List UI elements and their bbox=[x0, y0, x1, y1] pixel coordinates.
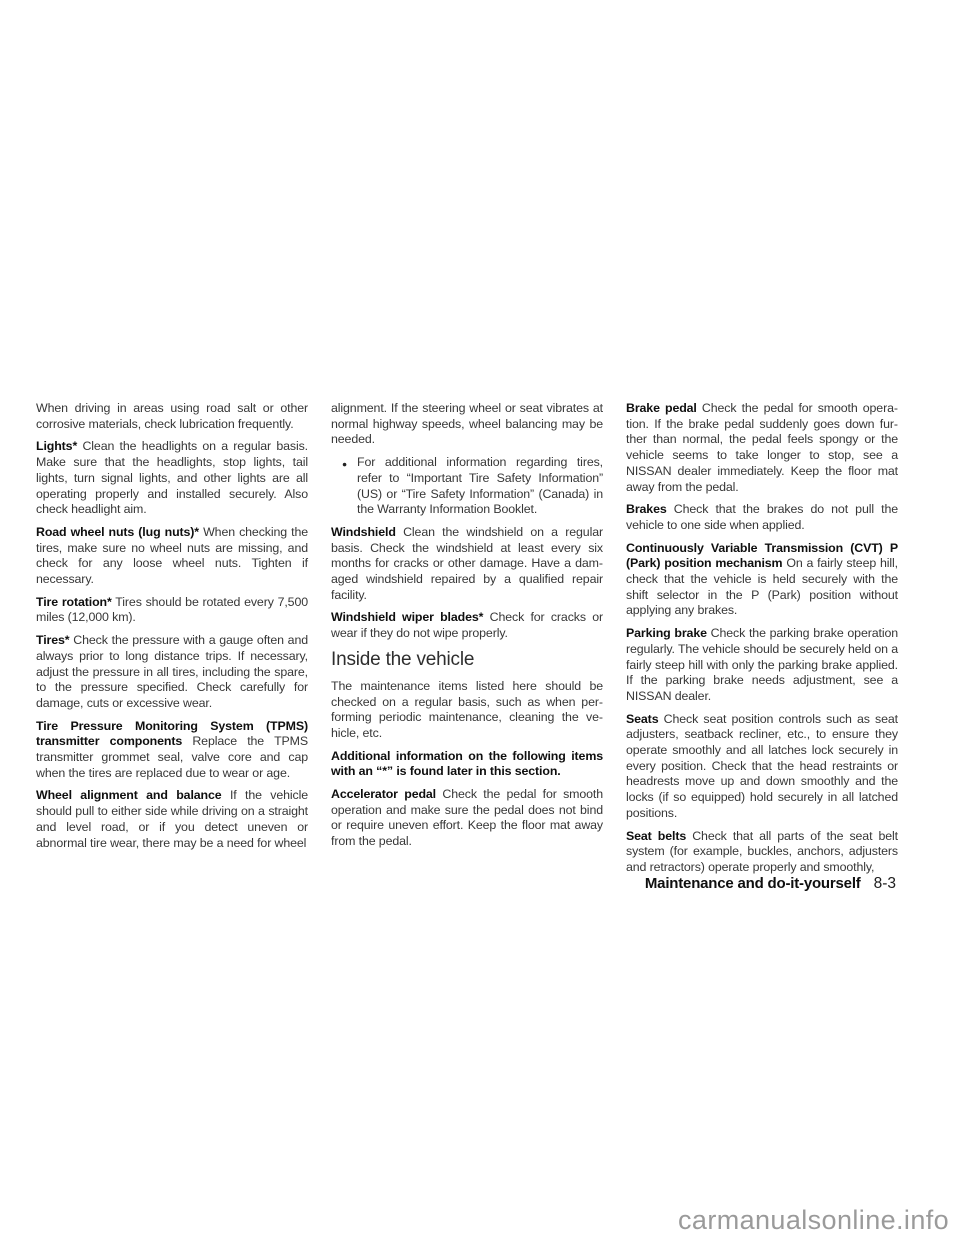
bullet-text: For additional information regarding tir… bbox=[357, 455, 603, 516]
column-right: Brake pedal Check the pedal for smooth o… bbox=[626, 401, 898, 883]
paragraph: Tire Pressure Monitoring System (TPMS) t… bbox=[36, 719, 308, 782]
paragraph: Seats Check seat position controls such … bbox=[626, 712, 898, 822]
term-label: Windshield bbox=[331, 525, 396, 539]
term-label: Seats bbox=[626, 712, 658, 726]
term-label: Brake pedal bbox=[626, 401, 697, 415]
term-label: Windshield wiper blades* bbox=[331, 610, 483, 624]
paragraph: Lights* Clean the headlights on a regula… bbox=[36, 439, 308, 518]
term-label: Continuously Variable Transmission (CVT)… bbox=[626, 541, 898, 571]
term-label: Brakes bbox=[626, 502, 667, 516]
paragraph: Road wheel nuts (lug nuts)* When checkin… bbox=[36, 525, 308, 588]
term-label: Lights* bbox=[36, 439, 77, 453]
column-left: When driving in areas using road salt or… bbox=[36, 401, 308, 883]
paragraph: alignment. If the steering wheel or seat… bbox=[331, 401, 603, 448]
term-label: Parking brake bbox=[626, 626, 707, 640]
paragraph: Brake pedal Check the pedal for smooth o… bbox=[626, 401, 898, 495]
page-footer: Maintenance and do-it-yourself 8-3 bbox=[645, 875, 896, 893]
paragraph: Tire rotation* Tires should be rotated e… bbox=[36, 595, 308, 626]
paragraph: Continuously Variable Transmission (CVT)… bbox=[626, 541, 898, 620]
paragraph: The maintenance items listed here should… bbox=[331, 679, 603, 742]
paragraph: Wheel alignment and balance If the vehic… bbox=[36, 788, 308, 851]
term-label: Accelerator pedal bbox=[331, 787, 436, 801]
paragraph: Windshield wiper blades* Check for crack… bbox=[331, 610, 603, 641]
footer-section-title: Maintenance and do-it-yourself bbox=[645, 875, 861, 892]
paragraph: When driving in areas using road salt or… bbox=[36, 401, 308, 432]
manual-page: When driving in areas using road salt or… bbox=[0, 0, 960, 1242]
paragraph: Seat belts Check that all parts of the s… bbox=[626, 829, 898, 876]
paragraph: Parking brake Check the parking brake op… bbox=[626, 626, 898, 705]
paragraph: Tires* Check the pressure with a gauge o… bbox=[36, 633, 308, 712]
paragraph: Windshield Clean the windshield on a reg… bbox=[331, 525, 603, 604]
section-heading: Inside the vehicle bbox=[331, 649, 603, 671]
watermark-text: carmanualsonline.info bbox=[678, 1205, 949, 1236]
term-label: Wheel alignment and balance bbox=[36, 788, 222, 802]
bullet-item: ●For additional information regarding ti… bbox=[331, 455, 603, 518]
column-middle: alignment. If the steering wheel or seat… bbox=[331, 401, 603, 883]
term-label: Road wheel nuts (lug nuts)* bbox=[36, 525, 199, 539]
text-columns: When driving in areas using road salt or… bbox=[36, 401, 898, 883]
paragraph: Additional information on the following … bbox=[331, 749, 603, 780]
footer-page-number: 8-3 bbox=[874, 875, 896, 893]
paragraph: Accelerator pedal Check the pedal for sm… bbox=[331, 787, 603, 850]
term-label: Tires* bbox=[36, 633, 70, 647]
bullet-icon: ● bbox=[342, 457, 347, 473]
term-label: Tire rotation* bbox=[36, 595, 112, 609]
term-label: Tire Pressure Monitoring System (TPMS) t… bbox=[36, 719, 308, 749]
paragraph: Brakes Check that the brakes do not pull… bbox=[626, 502, 898, 533]
term-label: Seat belts bbox=[626, 829, 686, 843]
